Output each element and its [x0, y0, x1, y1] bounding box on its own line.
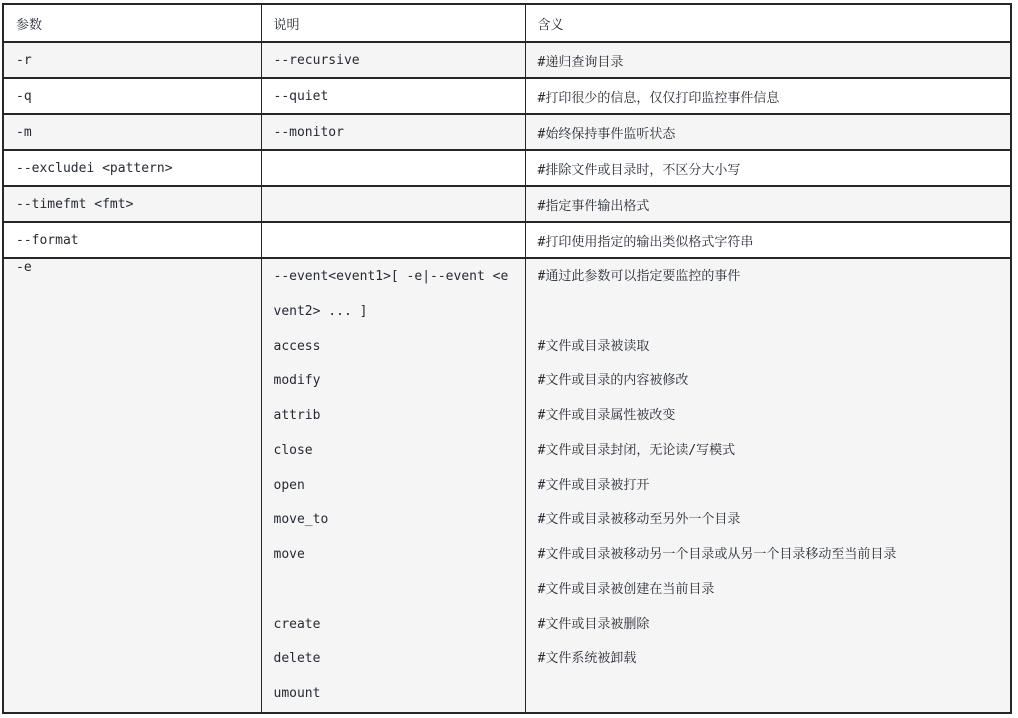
- cell-line: move_to: [274, 503, 513, 538]
- desc-cell: [261, 186, 525, 222]
- desc-cell: [261, 222, 525, 258]
- param-cell: --excludei <pattern>: [3, 150, 261, 186]
- table-row: -r--recursive#递归查询目录: [3, 42, 1011, 78]
- table-row: -m--monitor#始终保持事件监听状态: [3, 114, 1011, 150]
- meaning-cell: #始终保持事件监听状态: [525, 114, 1011, 150]
- cell-line: access: [274, 330, 513, 365]
- meaning-cell: #打印使用指定的输出类似格式字符串: [525, 222, 1011, 258]
- param-cell: -e: [3, 258, 261, 713]
- cell-line: vent2> ... ]: [274, 295, 513, 330]
- cell-line: #文件或目录被创建在当前目录: [538, 573, 999, 608]
- cell-line: [274, 573, 513, 608]
- table-row: -e--event<event1>[ -e|--event <event2> .…: [3, 258, 1011, 713]
- cell-line: #文件或目录被删除: [538, 608, 999, 643]
- cell-line: [538, 295, 999, 330]
- desc-cell: --event<event1>[ -e|--event <event2> ...…: [261, 258, 525, 713]
- parameter-table: 参数 说明 含义 -r--recursive#递归查询目录-q--quiet#打…: [2, 3, 1012, 714]
- cell-line: --event<event1>[ -e|--event <e: [274, 260, 513, 295]
- table-row: --excludei <pattern>#排除文件或目录时，不区分大小写: [3, 150, 1011, 186]
- table-row: --format#打印使用指定的输出类似格式字符串: [3, 222, 1011, 258]
- cell-line: modify: [274, 364, 513, 399]
- desc-cell: --recursive: [261, 42, 525, 78]
- table-header: 参数 说明 含义: [3, 4, 1011, 42]
- page: 参数 说明 含义 -r--recursive#递归查询目录-q--quiet#打…: [0, 0, 1018, 718]
- param-cell: --format: [3, 222, 261, 258]
- meaning-cell: #通过此参数可以指定要监控的事件 #文件或目录被读取#文件或目录的内容被修改#文…: [525, 258, 1011, 713]
- cell-line: #文件或目录属性被改变: [538, 399, 999, 434]
- cell-line: delete: [274, 642, 513, 677]
- param-cell: -r: [3, 42, 261, 78]
- param-cell: -q: [3, 78, 261, 114]
- meaning-cell: #排除文件或目录时，不区分大小写: [525, 150, 1011, 186]
- cell-line: move: [274, 538, 513, 573]
- cell-line: #文件或目录被移动至另外一个目录: [538, 503, 999, 538]
- param-cell: --timefmt <fmt>: [3, 186, 261, 222]
- param-cell: -m: [3, 114, 261, 150]
- header-cell-meaning: 含义: [525, 4, 1011, 42]
- desc-cell: --quiet: [261, 78, 525, 114]
- desc-cell: --monitor: [261, 114, 525, 150]
- cell-line: #文件系统被卸载: [538, 642, 999, 677]
- header-cell-param: 参数: [3, 4, 261, 42]
- table-row: --timefmt <fmt>#指定事件输出格式: [3, 186, 1011, 222]
- cell-line: #文件或目录封闭，无论读/写模式: [538, 434, 999, 469]
- cell-line: #文件或目录被打开: [538, 469, 999, 504]
- desc-cell: [261, 150, 525, 186]
- meaning-cell: #打印很少的信息，仅仅打印监控事件信息: [525, 78, 1011, 114]
- cell-line: close: [274, 434, 513, 469]
- table-body: -r--recursive#递归查询目录-q--quiet#打印很少的信息，仅仅…: [3, 42, 1011, 713]
- cell-line: #文件或目录被移动另一个目录或从另一个目录移动至当前目录: [538, 538, 999, 573]
- cell-line: #文件或目录的内容被修改: [538, 364, 999, 399]
- cell-line: #文件或目录被读取: [538, 330, 999, 365]
- cell-line: open: [274, 469, 513, 504]
- header-cell-desc: 说明: [261, 4, 525, 42]
- meaning-cell: #指定事件输出格式: [525, 186, 1011, 222]
- cell-line: umount: [274, 677, 513, 712]
- table-row: -q--quiet#打印很少的信息，仅仅打印监控事件信息: [3, 78, 1011, 114]
- cell-line: attrib: [274, 399, 513, 434]
- header-row: 参数 说明 含义: [3, 4, 1011, 42]
- meaning-cell: #递归查询目录: [525, 42, 1011, 78]
- cell-line: [538, 677, 999, 712]
- cell-line: create: [274, 608, 513, 643]
- cell-line: #通过此参数可以指定要监控的事件: [538, 260, 999, 295]
